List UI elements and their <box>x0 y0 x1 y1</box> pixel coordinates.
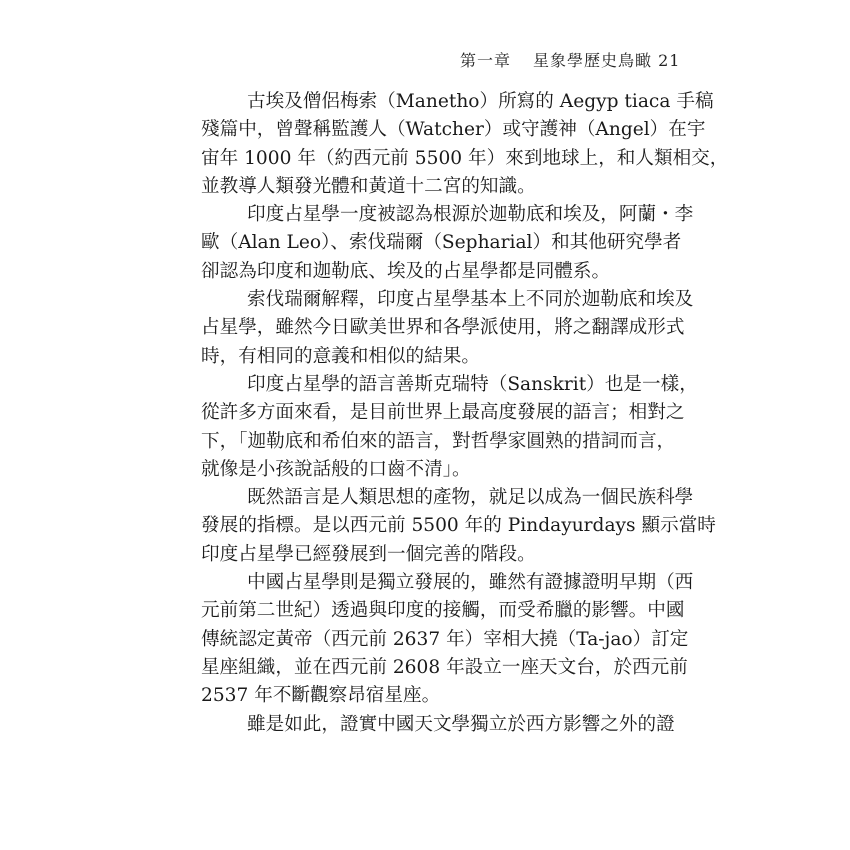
text-line: 卻認為印度和迦勒底、埃及的占星學都是同體系。 <box>201 258 655 286</box>
chapter-label: 第一章 <box>460 51 511 70</box>
text-line: 歐（Alan Leo）、索伐瑞爾（Sepharial）和其他研究學者 <box>201 229 655 257</box>
text-line: 印度占星學已經發展到一個完善的階段。 <box>201 541 655 569</box>
text-line: 就像是小孩說話般的口齒不清」。 <box>201 456 655 484</box>
paragraph: 印度占星學一度被認為根源於迦勒底和埃及，阿蘭・李 歐（Alan Leo）、索伐瑞… <box>201 201 655 286</box>
text-line: 從許多方面來看，是目前世界上最高度發展的語言；相對之 <box>201 399 655 427</box>
book-page: 第一章星象學歷史鳥瞰 21 古埃及僧侶梅索（Manetho）所寫的 Aegyp … <box>0 0 850 850</box>
chapter-title: 星象學歷史鳥瞰 <box>533 51 652 70</box>
text-line: 殘篇中，曾聲稱監護人（Watcher）或守護神（Angel）在宇 <box>201 116 655 144</box>
paragraph: 索伐瑞爾解釋，印度占星學基本上不同於迦勒底和埃及 占星學，雖然今日歐美世界和各學… <box>201 286 655 371</box>
text-line: 占星學，雖然今日歐美世界和各學派使用，將之翻譯成形式 <box>201 314 655 342</box>
paragraph: 中國占星學則是獨立發展的，雖然有證據證明早期（西 元前第二世紀）透過與印度的接觸… <box>201 569 655 710</box>
paragraph: 既然語言是人類思想的產物，就足以成為一個民族科學 發展的指標。是以西元前 550… <box>201 484 655 569</box>
text-line: 並教導人類發光體和黃道十二宮的知識。 <box>201 173 655 201</box>
text-line: 古埃及僧侶梅索（Manetho）所寫的 Aegyp tiaca 手稿 <box>201 88 655 116</box>
page-number: 21 <box>658 51 680 70</box>
paragraph: 印度占星學的語言善斯克瑞特（Sanskrit）也是一樣， 從許多方面來看，是目前… <box>201 371 655 484</box>
paragraph: 雖是如此，證實中國天文學獨立於西方影響之外的證 <box>201 711 655 739</box>
text-line: 印度占星學一度被認為根源於迦勒底和埃及，阿蘭・李 <box>201 201 655 229</box>
text-line: 印度占星學的語言善斯克瑞特（Sanskrit）也是一樣， <box>201 371 655 399</box>
text-line: 發展的指標。是以西元前 5500 年的 Pindayurdays 顯示當時 <box>201 512 655 540</box>
text-line: 雖是如此，證實中國天文學獨立於西方影響之外的證 <box>201 711 655 739</box>
text-line: 星座組織，並在西元前 2608 年設立一座天文台，於西元前 <box>201 654 655 682</box>
text-line: 時，有相同的意義和相似的結果。 <box>201 343 655 371</box>
text-line: 下，「迦勒底和希伯來的語言，對哲學家圓熟的措詞而言， <box>201 428 655 456</box>
text-line: 索伐瑞爾解釋，印度占星學基本上不同於迦勒底和埃及 <box>201 286 655 314</box>
text-line: 既然語言是人類思想的產物，就足以成為一個民族科學 <box>201 484 655 512</box>
text-line: 宙年 1000 年（約西元前 5500 年）來到地球上，和人類相交， <box>201 145 655 173</box>
text-line: 元前第二世紀）透過與印度的接觸，而受希臘的影響。中國 <box>201 597 655 625</box>
text-line: 2537 年不斷觀察昂宿星座。 <box>201 682 655 710</box>
text-line: 中國占星學則是獨立發展的，雖然有證據證明早期（西 <box>201 569 655 597</box>
body-text: 古埃及僧侶梅索（Manetho）所寫的 Aegyp tiaca 手稿 殘篇中，曾… <box>201 88 655 739</box>
text-line: 傳統認定黃帝（西元前 2637 年）宰相大撓（Ta-jao）訂定 <box>201 626 655 654</box>
paragraph: 古埃及僧侶梅索（Manetho）所寫的 Aegyp tiaca 手稿 殘篇中，曾… <box>201 88 655 201</box>
running-header: 第一章星象學歷史鳥瞰 21 <box>460 48 656 71</box>
